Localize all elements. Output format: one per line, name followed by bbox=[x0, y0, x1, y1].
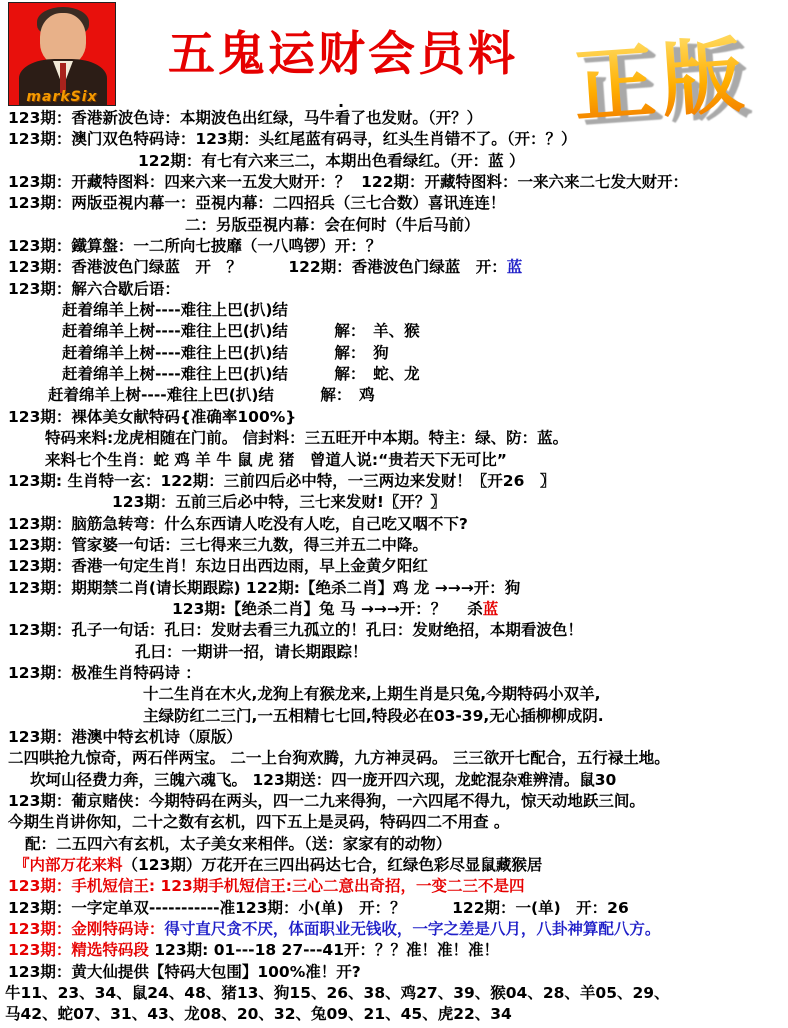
text-line: 特码来料:龙虎相随在门前。 信封料：三五旺开中本期。特主：绿、防：蓝。 bbox=[0, 428, 788, 449]
text-segment: 十二生肖在木火,龙狗上有猴龙来,上期生肖是只兔,今期特码小双羊, bbox=[143, 685, 601, 703]
text-segment: 123期：裸体美女献特码{准确率100%} bbox=[8, 408, 296, 426]
page-title: 五鬼运财会员料 bbox=[168, 30, 518, 80]
text-segment: 123期：孔子一句话：孔曰：发财去看三九孤立的！孔曰：发财绝招，本期看波色！ bbox=[8, 621, 583, 639]
text-segment: 坎坷山径费力奔，三魄六魂飞。 123期送：四一庞开四六现，龙蛇混杂难辨清。鼠30 bbox=[30, 771, 616, 789]
text-segment: 123期：手机短信王: 123期手机短信王:三心二意出奇招，一变二三不是四 bbox=[8, 877, 525, 895]
tips-body: 123期：香港新波色诗：本期波色出红绿，马牛看了也发财。（开？）123期：澳门双… bbox=[0, 108, 788, 1026]
text-segment: 123期：黄大仙提供【特码大包围】100%准！开? bbox=[8, 963, 361, 981]
text-segment: 123期：期期禁二肖(请长期跟踪) 122期:【绝杀二肖】鸡 龙 →→→开：狗 bbox=[8, 579, 520, 597]
text-segment: 蓝 bbox=[483, 600, 499, 618]
text-segment: 赶着绵羊上树----难往上巴(扒)结 解： 羊、猴 bbox=[62, 322, 420, 340]
header: markSix 五鬼运财会员料 . 正版 正版 bbox=[0, 0, 788, 110]
text-line: 122期：有七有六来三二，本期出色看绿红。（开：蓝 ） bbox=[0, 151, 788, 172]
text-segment: 123期：香港波色门绿蓝 开 ？ 122期：香港波色门绿蓝 开： bbox=[8, 258, 507, 276]
text-line: 二四哄抢九惊奇，两石伴两宝。 二一上台狗欢腾，九方神灵码。 三三欲开七配合，五行… bbox=[0, 748, 788, 769]
text-line: 123期：裸体美女献特码{准确率100%} bbox=[0, 407, 788, 428]
text-segment: 123期：开藏特图料：四来六来一五发大财开：？ 122期：开藏特图料：一来六来二… bbox=[8, 173, 688, 191]
text-segment: 得寸直尺贪不厌，体面职业无钱收，一字之差是八月，八卦神算配八方。 bbox=[164, 920, 660, 938]
text-line: 123期：管家婆一句话：三七得来三九数，得三并五二中降。 bbox=[0, 535, 788, 556]
text-line: 123期：香港波色门绿蓝 开 ？ 122期：香港波色门绿蓝 开：蓝 bbox=[0, 257, 788, 278]
text-line: 赶着绵羊上树----难往上巴(扒)结 解： 鸡 bbox=[0, 385, 788, 406]
text-segment: 123期：两版亞視内幕一：亞視内幕：二四招兵（三七合数）喜讯连连！ bbox=[8, 194, 505, 212]
text-line: 二：另版亞視内幕：会在何时（牛后马前） bbox=[0, 215, 788, 236]
text-segment: 123期：五前三后必中特，三七来发财!〖开？〗 bbox=[112, 493, 446, 511]
text-line: 123期：一字定单双-----------准123期：小(单) 开：？ 122期… bbox=[0, 898, 788, 919]
text-segment: 123期:【绝杀二肖】兔 马 →→→开：？ 杀 bbox=[172, 600, 483, 618]
photo-face bbox=[40, 13, 86, 65]
text-line: 123期：精选特码段 123期: 01---18 27---41开：？？准！准！… bbox=[0, 940, 788, 961]
text-segment: 孔曰：一期讲一招，请长期跟踪！ bbox=[135, 643, 368, 661]
text-segment: 123期：港澳中特玄机诗（原版） bbox=[8, 728, 242, 746]
text-segment: 122期：有七有六来三二，本期出色看绿红。（开：蓝 ） bbox=[138, 152, 525, 170]
text-segment: 123期：脑筋急转弯：什么东西请人吃没有人吃，自己吃又咽不下? bbox=[8, 515, 468, 533]
photo-caption: markSix bbox=[9, 89, 115, 105]
text-line: 赶着绵羊上树----难往上巴(扒)结 解： 羊、猴 bbox=[0, 321, 788, 342]
text-segment: 二：另版亞視内幕：会在何时（牛后马前） bbox=[185, 216, 480, 234]
tipster-photo: markSix bbox=[8, 2, 116, 106]
text-line: 『内部万花来料（123期）万花开在三四出码达七合，红绿色彩尽显鼠藏猴居 bbox=[0, 855, 788, 876]
text-line: 来料七个生肖：蛇 鸡 羊 牛 鼠 虎 猪 曾道人说:“贵若天下无可比” bbox=[0, 450, 788, 471]
text-segment: 赶着绵羊上树----难往上巴(扒)结 解： 狗 bbox=[62, 344, 389, 362]
text-line: 123期：鐵算盤：一二所向七披靡（一八鸣锣）开：？ bbox=[0, 236, 788, 257]
text-line: 123期：极准生肖特码诗 ： bbox=[0, 663, 788, 684]
text-segment: 123期：澳门双色特码诗：123期：头红尾蓝有码寻，红头生肖错不了。（开：？） bbox=[8, 130, 576, 148]
text-line: 123期:【绝杀二肖】兔 马 →→→开：？ 杀蓝 bbox=[0, 599, 788, 620]
text-line: 123期：开藏特图料：四来六来一五发大财开：？ 122期：开藏特图料：一来六来二… bbox=[0, 172, 788, 193]
text-line: 123期：香港新波色诗：本期波色出红绿，马牛看了也发财。（开？） bbox=[0, 108, 788, 129]
text-line: 今期生肖讲你知，二十之数有玄机，四下五上是灵码，特码四二不用查 。 bbox=[0, 812, 788, 833]
text-segment: 马42、蛇07、31、43、龙08、20、32、兔09、21、45、虎22、34 bbox=[5, 1005, 512, 1023]
text-segment: 123期：香港一句定生肖！东边日出西边雨，早上金黄夕阳红 bbox=[8, 557, 428, 575]
text-line: 赶着绵羊上树----难往上巴(扒)结 解： 蛇、龙 bbox=[0, 364, 788, 385]
text-segment: 特码来料:龙虎相随在门前。 信封料：三五旺开中本期。特主：绿、防：蓝。 bbox=[45, 429, 568, 447]
text-line: 123期：脑筋急转弯：什么东西请人吃没有人吃，自己吃又咽不下? bbox=[0, 514, 788, 535]
tip-sheet-page: markSix 五鬼运财会员料 . 正版 正版 123期：香港新波色诗：本期波色… bbox=[0, 0, 788, 1028]
text-line: 123期：两版亞視内幕一：亞視内幕：二四招兵（三七合数）喜讯连连！ bbox=[0, 193, 788, 214]
text-line: 马42、蛇07、31、43、龙08、20、32、兔09、21、45、虎22、34 bbox=[0, 1004, 788, 1025]
text-segment: 123期：一字定单双-----------准123期：小(单) 开：？ 122期… bbox=[8, 899, 629, 917]
text-segment: 123期：解六合歇后语： bbox=[8, 280, 180, 298]
text-line: 123期：期期禁二肖(请长期跟踪) 122期:【绝杀二肖】鸡 龙 →→→开：狗 bbox=[0, 578, 788, 599]
text-segment: 123期: 生肖特一玄：122期：三前四后必中特，一三两边来发财！〖开26 〗 bbox=[8, 472, 555, 490]
text-line: 123期：港澳中特玄机诗（原版） bbox=[0, 727, 788, 748]
text-line: 123期：解六合歇后语： bbox=[0, 279, 788, 300]
text-line: 123期：黄大仙提供【特码大包围】100%准！开? bbox=[0, 962, 788, 983]
text-segment: 123期：极准生肖特码诗 ： bbox=[8, 664, 201, 682]
text-segment: （123期）万花开在三四出码达七合，红绿色彩尽显鼠藏猴居 bbox=[123, 856, 543, 874]
text-segment: 赶着绵羊上树----难往上巴(扒)结 bbox=[62, 301, 288, 319]
text-line: 牛11、23、34、鼠24、48、猪13、狗15、26、38、鸡27、39、猴0… bbox=[0, 983, 788, 1004]
text-line: 配：二五四六有玄机，太子美女来相伴。（送：家家有的动物） bbox=[0, 834, 788, 855]
text-segment: 配：二五四六有玄机，太子美女来相伴。（送：家家有的动物） bbox=[25, 835, 451, 853]
text-segment: 赶着绵羊上树----难往上巴(扒)结 解： 鸡 bbox=[48, 386, 375, 404]
text-line: 十二生肖在木火,龙狗上有猴龙来,上期生肖是只兔,今期特码小双羊, bbox=[0, 684, 788, 705]
text-segment: 二四哄抢九惊奇，两石伴两宝。 二一上台狗欢腾，九方神灵码。 三三欲开七配合，五行… bbox=[8, 749, 670, 767]
text-line: 123期：孔子一句话：孔曰：发财去看三九孤立的！孔曰：发财绝招，本期看波色！ bbox=[0, 620, 788, 641]
text-segment: 牛11、23、34、鼠24、48、猪13、狗15、26、38、鸡27、39、猴0… bbox=[5, 984, 670, 1002]
text-segment: 123期：金刚特码诗： bbox=[8, 920, 164, 938]
text-line: 坎坷山径费力奔，三魄六魂飞。 123期送：四一庞开四六现，龙蛇混杂难辨清。鼠30 bbox=[0, 770, 788, 791]
text-line: 赶着绵羊上树----难往上巴(扒)结 bbox=[0, 300, 788, 321]
text-segment: 主绿防红二三门,一五相精七七回,特段必在03-39,无心插柳柳成阴. bbox=[143, 707, 604, 725]
text-line: 赶着绵羊上树----难往上巴(扒)结 解： 狗 bbox=[0, 343, 788, 364]
text-segment: 『内部万花来料 bbox=[14, 856, 123, 874]
text-line: 123期：手机短信王: 123期手机短信王:三心二意出奇招，一变二三不是四 bbox=[0, 876, 788, 897]
text-line: 123期：澳门双色特码诗：123期：头红尾蓝有码寻，红头生肖错不了。（开：？） bbox=[0, 129, 788, 150]
text-segment: 123期：香港新波色诗：本期波色出红绿，马牛看了也发财。（开？） bbox=[8, 109, 482, 127]
text-segment: 来料七个生肖：蛇 鸡 羊 牛 鼠 虎 猪 曾道人说:“贵若天下无可比” bbox=[45, 451, 507, 469]
text-line: 孔曰：一期讲一招，请长期跟踪！ bbox=[0, 642, 788, 663]
text-segment: 蓝 bbox=[507, 258, 523, 276]
text-segment: 123期：鐵算盤：一二所向七披靡（一八鸣锣）开：？ bbox=[8, 237, 381, 255]
text-segment: 123期：管家婆一句话：三七得来三九数，得三并五二中降。 bbox=[8, 536, 428, 554]
text-segment: 123期: 01---18 27---41开：？？准！准！准！ bbox=[154, 941, 499, 959]
text-line: 123期：葡京赌侠：今期特码在两头，四一二九来得狗，一六四尾不得九，惊天动地跃三… bbox=[0, 791, 788, 812]
text-segment: 赶着绵羊上树----难往上巴(扒)结 解： 蛇、龙 bbox=[62, 365, 420, 383]
text-segment: 123期：葡京赌侠：今期特码在两头，四一二九来得狗，一六四尾不得九，惊天动地跃三… bbox=[8, 792, 645, 810]
text-line: 123期：五前三后必中特，三七来发财!〖开？〗 bbox=[0, 492, 788, 513]
text-segment: 今期生肖讲你知，二十之数有玄机，四下五上是灵码，特码四二不用查 。 bbox=[8, 813, 509, 831]
text-line: 123期: 生肖特一玄：122期：三前四后必中特，一三两边来发财！〖开26 〗 bbox=[0, 471, 788, 492]
text-line: 123期：香港一句定生肖！东边日出西边雨，早上金黄夕阳红 bbox=[0, 556, 788, 577]
text-line: 123期：金刚特码诗：得寸直尺贪不厌，体面职业无钱收，一字之差是八月，八卦神算配… bbox=[0, 919, 788, 940]
text-line: 主绿防红二三门,一五相精七七回,特段必在03-39,无心插柳柳成阴. bbox=[0, 706, 788, 727]
text-segment: 123期：精选特码段 bbox=[8, 941, 154, 959]
